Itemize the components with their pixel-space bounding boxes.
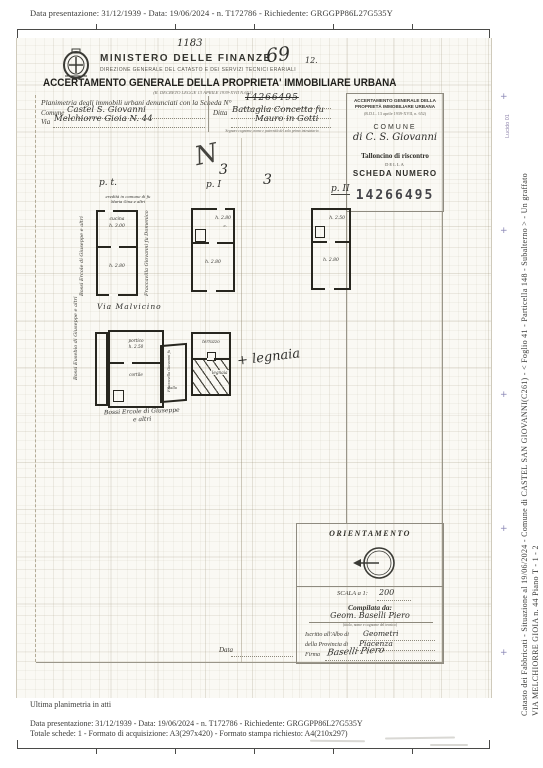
box-divider [297, 586, 443, 587]
door-opening [124, 362, 132, 364]
registration-mark-icon: + [500, 524, 508, 534]
registration-mark-icon: + [500, 390, 508, 400]
fill-line [53, 126, 205, 128]
fill-line [325, 659, 435, 661]
sidebar-line-address: VIA MELCHIORRE GIOIA n. 44 Piano T - 1 -… [530, 173, 541, 716]
fill-line [377, 599, 411, 601]
annex-outline [160, 343, 187, 403]
orientamento-box: ORIENTAMENTO SCALA a 1: 200 Compilata da… [296, 523, 444, 664]
registration-mark-icon: + [500, 92, 508, 102]
footer-formats: Totale schede: 1 - Formato di acquisizio… [30, 729, 348, 738]
calibration-ruler-top [17, 29, 490, 30]
room-height-label: h. 2.80 [98, 264, 136, 269]
small-room-outline [113, 390, 124, 402]
corridor-outline [95, 332, 108, 406]
pencil-number: 3 [219, 162, 228, 178]
floor-plan-c: h. 2.50 h. 2.80 [311, 208, 351, 290]
fill-line [231, 126, 331, 128]
door-opening [217, 208, 225, 210]
main-rooms-outline: portico h. 2.50 cortile [108, 330, 164, 408]
fill-line [231, 655, 293, 657]
room-height-label: h. 2.50 [110, 344, 162, 349]
registration-mark-icon: + [500, 226, 508, 236]
signature-handwritten: Baselli Piero [326, 645, 385, 658]
scan-artifact [310, 740, 365, 743]
tecnico-footnote: (titolo, nome e cognome del tecnico) [297, 623, 443, 627]
handwritten-number-12: 12. [305, 56, 318, 65]
door-opening [209, 242, 217, 244]
owner-caption-line2: e altri [133, 416, 151, 424]
scan-artifact [385, 737, 455, 740]
via-label: Via [41, 118, 50, 126]
ruler-corner-icon [17, 740, 18, 749]
floor-note-p1: p. I [206, 180, 221, 190]
tecnico-name-handwritten: Geom. Baselli Piero [297, 611, 443, 620]
room-height-label: h. 2.80 [193, 260, 233, 265]
ruler-tick-icon [333, 749, 334, 754]
form-decree-note: (R. DECRETO LEGGE 13 APRILE 1939-XVII N.… [43, 90, 363, 95]
ruler-tick-icon [412, 24, 413, 29]
talloncino-comune-handwritten: di C. S. Giovanni [347, 132, 443, 143]
door-opening [327, 241, 335, 243]
owner-caption-line1: Bossi Ercole di Giuseppe [104, 407, 180, 417]
ministry-title: MINISTERO DELLE FINANZE [100, 53, 272, 64]
ruler-corner-icon [489, 740, 490, 749]
orientamento-title: ORIENTAMENTO [297, 529, 443, 538]
ruler-tick-icon [175, 24, 176, 29]
floor-plan-b: h. 2.80 c. h. 2.80 [191, 208, 235, 292]
ruler-tick-icon [254, 749, 255, 754]
ditta-label: Ditta [213, 109, 227, 117]
room-height-label: h. 3.00 [98, 224, 136, 229]
street-label: Via Malvicino [97, 302, 162, 311]
ruler-tick-icon [412, 749, 413, 754]
albo-value-handwritten: Geometri [363, 629, 399, 638]
legnaia-note-handwritten: + legnaia [236, 346, 301, 369]
interior-wall [110, 362, 162, 364]
ditta-footnote: Segnare cognome, nome e paternità del so… [213, 129, 331, 133]
footer-note: Ultima planimetria in atti [30, 700, 111, 709]
form-title: ACCERTAMENTO GENERALE DELLA PROPRIETA' I… [43, 77, 396, 89]
direzione-subtitle: DIREZIONE GENERALE DEL CATASTO E DEI SER… [100, 67, 296, 73]
scheda-numero-label: SCHEDA NUMERO [347, 169, 443, 178]
ditta-value2-handwritten: Mauro in Gotti [255, 114, 318, 124]
closet-label: c. [201, 223, 227, 228]
lucido-label: Lucido 01 [505, 114, 511, 138]
talloncino-della: DELLA [347, 162, 443, 167]
closet-outline [315, 226, 325, 238]
ruler-tick-icon [96, 749, 97, 754]
ruler-corner-icon [489, 29, 490, 38]
registration-mark-icon: + [500, 648, 508, 658]
floor-plan-e: terrazzo legnaia [191, 332, 231, 396]
hatched-area [193, 360, 229, 394]
scala-value-handwritten: 200 [379, 588, 394, 597]
adjacent-owner-label: Fraccavilla Giovanni fu Domenico [144, 210, 150, 296]
scan-artifact [430, 744, 468, 746]
adjacent-owner-label: Bossi Eusebio di Giuseppe e altri [73, 296, 79, 380]
planimetria-printout-page: { "print": { "header_line": "Data presen… [0, 0, 543, 768]
scheda-number-handwritten: 14266495 [245, 93, 299, 103]
ruler-tick-icon [96, 24, 97, 29]
room-height-label: h. 2.80 [313, 258, 349, 263]
handwritten-number-69: 69 [265, 43, 291, 67]
door-opening [207, 290, 216, 292]
door-opening [207, 358, 214, 360]
ruler-tick-icon [254, 24, 255, 29]
handwritten-number-1183: 1183 [177, 38, 202, 49]
room-height-label: h. 2.50 [319, 216, 345, 221]
scheda-number-stamp: 14266495 [347, 188, 443, 203]
floor-note-pt: p. t. [99, 178, 117, 188]
room-label: stalla [161, 386, 183, 390]
door-opening [105, 210, 113, 212]
plan-a-top-note-line2: Maria Gina e altri [111, 199, 145, 204]
room-label-text: legnaia [211, 370, 229, 375]
ruler-tick-icon [175, 749, 176, 754]
floor-plan-a: cucina h. 3.00 h. 2.80 [96, 210, 138, 296]
closet-outline [195, 229, 206, 242]
print-header-metadata: Data presentazione: 31/12/1939 - Data: 1… [30, 8, 393, 18]
ruler-corner-icon [17, 29, 18, 38]
compass-icon [352, 544, 400, 582]
talloncino-header: ACCERTAMENTO GENERALE DELLA [347, 98, 443, 103]
room-height-label: h. 2.80 [201, 216, 231, 221]
talloncino-line: Talloncino di riscontro [347, 152, 443, 160]
talloncino-decree: (R.D.L. 13 aprile 1939-XVII, n. 652) [347, 111, 443, 116]
left-margin-line [35, 95, 36, 662]
door-opening [325, 288, 334, 290]
scala-label: SCALA a 1: [337, 590, 368, 597]
talloncino-comune-label: COMUNE [347, 124, 443, 131]
ruler-tick-icon [333, 24, 334, 29]
room-label: cucina [98, 217, 136, 222]
via-value-handwritten: Melchiorre Gioia N. 44 [54, 114, 153, 124]
room-label: portico [110, 338, 162, 343]
talloncino-header: PROPRIETÀ IMMOBILIARE URBANA [347, 104, 443, 109]
footer-metadata: Data presentazione: 31/12/1939 - Data: 1… [30, 719, 363, 728]
scanned-form-sheet: MINISTERO DELLE FINANZE DIREZIONE GENERA… [16, 38, 492, 698]
plan-a-top-note: eredità in comune di fu Maria Gina e alt… [85, 194, 171, 204]
floor-note-p2: p. II [331, 184, 350, 195]
room-label: terrazzo [193, 339, 229, 344]
floor-plan-d: portico h. 2.50 cortile Fraccavilla Giov… [95, 330, 185, 408]
firma-label: Firma [305, 652, 320, 658]
albo-label: Iscritto all'Albo di [305, 632, 349, 638]
owner-caption: Bossi Ercole di Giuseppe e altri [87, 406, 197, 426]
door-opening [111, 246, 119, 248]
data-label: Data [219, 646, 233, 654]
adjacent-owner-label: Bossi Ercole di Giuseppe e altri [79, 216, 85, 296]
talloncino-box: ACCERTAMENTO GENERALE DELLA PROPRIETÀ IM… [346, 93, 444, 212]
field-divider [208, 96, 209, 132]
sidebar-line-parcel: Catasto dei Fabbricati - Situazione al 1… [519, 173, 530, 716]
pencil-scribble: N [192, 138, 220, 172]
room-label: cortile [110, 372, 162, 377]
column-rule [241, 138, 242, 662]
door-opening [109, 294, 118, 296]
pencil-number: 3 [263, 172, 272, 188]
ministry-emblem-icon [59, 48, 93, 80]
cadastral-metadata-sidebar: Catasto dei Fabbricati - Situazione al 1… [519, 173, 541, 716]
